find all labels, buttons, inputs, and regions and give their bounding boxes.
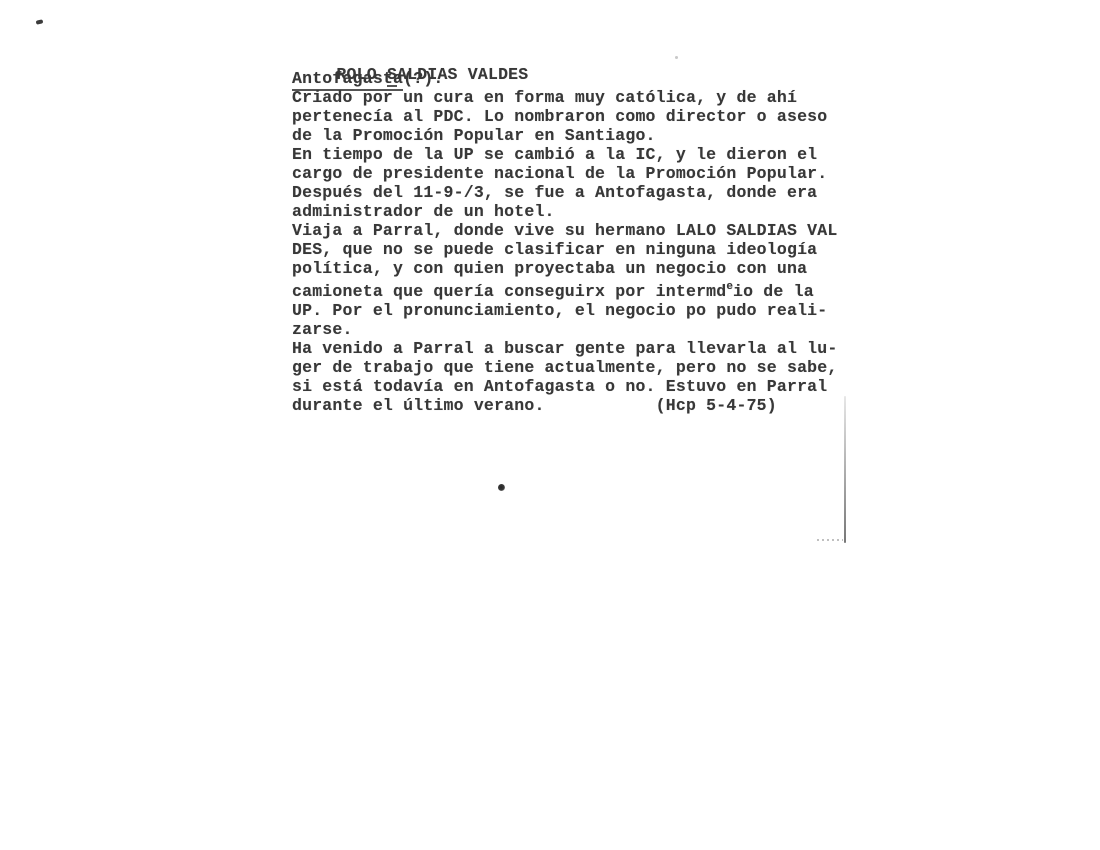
scanned-document-page: ROLO SALDIAS VALDES Antofagasta(?).Criad… [0, 0, 1100, 850]
text-line: camioneta que quería conseguirx por inte… [292, 278, 838, 301]
text-line: En tiempo de la UP se cambió a la IC, y … [292, 145, 838, 164]
text-line: Antofagasta(?). [292, 69, 838, 88]
text-segment: si está todavía en Antofagasta o no. Est… [292, 377, 827, 396]
text-segment: DES, que no se puede clasificar en ningu… [292, 240, 817, 259]
text-segment: En tiempo de la UP se cambió a la IC, y … [292, 145, 817, 164]
text-segment: durante el último verano. (Hcp 5-4-75) [292, 396, 777, 415]
text-line: de la Promoción Popular en Santiago. [292, 126, 838, 145]
text-segment: Ha venido a Parral a buscar gente para l… [292, 339, 838, 358]
text-segment: camioneta que quería conseguirx por inte… [292, 282, 726, 301]
scan-smudge-artifact [36, 19, 44, 25]
text-line: Viaja a Parral, donde vive su hermano LA… [292, 221, 838, 240]
text-segment: Después del 11-9-/3, se fue a Antofagast… [292, 183, 817, 202]
text-line: si está todavía en Antofagasta o no. Est… [292, 377, 838, 396]
text-line: administrador de un hotel. [292, 202, 838, 221]
text-segment: cargo de presidente nacional de la Promo… [292, 164, 827, 183]
text-segment: (?). [403, 69, 443, 88]
faint-speck-artifact [675, 56, 678, 59]
text-line: política, y con quien proyectaba un nego… [292, 259, 838, 278]
text-segment: UP. Por el pronunciamiento, el negocio p… [292, 301, 827, 320]
text-line: cargo de presidente nacional de la Promo… [292, 164, 838, 183]
text-line: Criado por un cura en forma muy católica… [292, 88, 838, 107]
text-segment: ger de trabajo que tiene actualmente, pe… [292, 358, 838, 377]
text-segment: administrador de un hotel. [292, 202, 555, 221]
text-line: Ha venido a Parral a buscar gente para l… [292, 339, 838, 358]
text-segment: de la Promoción Popular en Santiago. [292, 126, 656, 145]
text-line: Después del 11-9-/3, se fue a Antofagast… [292, 183, 838, 202]
text-segment: Viaja a Parral, donde vive su hermano LA… [292, 221, 838, 240]
text-line: DES, que no se puede clasificar en ningu… [292, 240, 838, 259]
text-segment: pertenecía al PDC. Lo nombraron como dir… [292, 107, 827, 126]
scan-dashes-artifact [817, 539, 843, 541]
text-segment: política, y con quien proyectaba un nego… [292, 259, 807, 278]
text-line: pertenecía al PDC. Lo nombraron como dir… [292, 107, 838, 126]
text-line: durante el último verano. (Hcp 5-4-75) [292, 396, 838, 415]
text-line: ger de trabajo que tiene actualmente, pe… [292, 358, 838, 377]
text-segment: e [726, 281, 733, 293]
document-body-text: Antofagasta(?).Criado por un cura en for… [292, 69, 838, 415]
text-line: UP. Por el pronunciamiento, el negocio p… [292, 301, 838, 320]
scan-fold-line-artifact [844, 396, 846, 543]
text-segment: zarse. [292, 320, 353, 339]
text-line: zarse. [292, 320, 838, 339]
text-segment: io de la [733, 282, 814, 301]
ink-dot-artifact [498, 484, 505, 491]
text-segment: Criado por un cura en forma muy católica… [292, 88, 797, 107]
